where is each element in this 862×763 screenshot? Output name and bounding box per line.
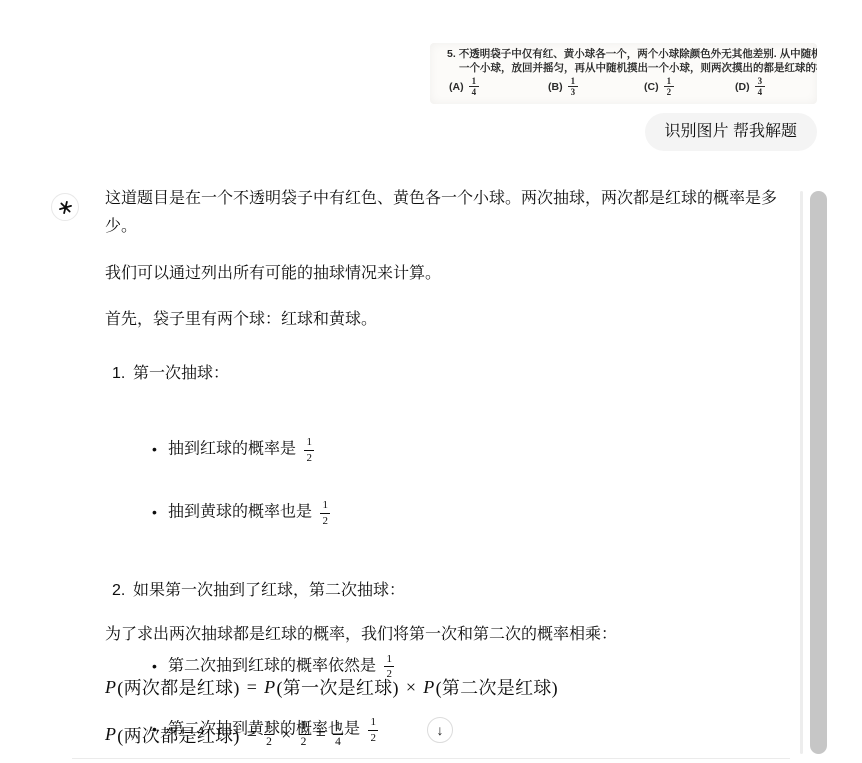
option-b-fraction: 13 [568,76,579,98]
problem-text-line1: 5.不透明袋子中仅有红、黄小球各一个，两个小球除颜色外无其他差别. 从中随机摸出 [447,47,817,62]
fraction: 12 [264,720,274,749]
math-P: P [105,677,116,698]
option-d-fraction: 34 [755,76,766,98]
arrow-down-icon: ↓ [437,722,444,738]
bullet-icon: • [152,498,157,526]
list-item-2: 2. 如果第一次抽到了红球，第二次抽球： [105,577,795,605]
assistant-paragraph-method: 我们可以通过列出所有可能的抽球情况来计算。 [105,260,795,288]
math-group: (第一次是红球) [276,674,398,700]
option-d-label: (D) [735,80,750,95]
math-P: P [105,724,116,745]
math-group: (两次都是红球) [117,674,239,700]
user-message-bubble: 识别图片 帮我解题 [645,113,817,151]
list-item-1: 1. 第一次抽球： [105,360,795,388]
bullet-text: 第二次抽到红球的概率依然是 [168,657,376,674]
option-c-label: (C) [644,80,659,95]
option-b: (B) 13 [548,76,578,98]
scroll-to-bottom-button[interactable]: ↓ [427,717,453,743]
times-sign: × [406,677,416,698]
option-b-label: (B) [548,80,563,95]
problem-options-row: (A) 14 (B) 13 (C) 12 (D) 34 [430,76,817,102]
list-item-2-number: 2. [112,577,125,605]
scrollbar-thumb[interactable] [810,191,827,754]
fraction: 12 [368,716,378,744]
formula-result: P(两次都是红球) = 12 × 12 = 14 [105,720,343,749]
composer-top-divider [72,758,790,759]
assistant-paragraph-multiply: 为了求出两次抽球都是红球的概率，我们将第一次和第二次的概率相乘： [105,621,795,649]
option-a-label: (A) [449,80,464,95]
fraction: 12 [304,436,314,464]
math-P: P [264,677,275,698]
list-item-1-bullet-2: • 抽到黄球的概率也是 12 [105,498,795,526]
scrollbar-track-edge [800,191,803,754]
list-item-1-number: 1. [112,360,125,388]
problem-line1-text: 不透明袋子中仅有红、黄小球各一个，两个小球除颜色外无其他差别. 从中随机摸出 [459,48,817,60]
option-a-fraction: 14 [469,76,480,98]
math-group: (第二次是红球) [436,674,558,700]
bullet-text: 抽到红球的概率是 [168,440,296,457]
attached-problem-image[interactable]: 5.不透明袋子中仅有红、黄小球各一个，两个小球除颜色外无其他差别. 从中随机摸出… [430,43,817,104]
list-item-1-bullet-1: • 抽到红球的概率是 12 [105,435,795,463]
equals-sign: = [316,724,326,745]
fraction: 12 [299,720,309,749]
option-c: (C) 12 [644,76,674,98]
equals-sign: = [247,724,257,745]
assistant-paragraph-setup: 首先，袋子里有两个球：红球和黄球。 [105,306,795,334]
openai-logo-icon [57,199,74,216]
times-sign: × [281,724,291,745]
math-group: (两次都是红球) [117,722,239,748]
math-P: P [423,677,434,698]
list-item-1-title: 第一次抽球： [133,365,229,382]
fraction: 14 [333,720,343,749]
bullet-text: 抽到黄球的概率也是 [168,504,312,521]
option-c-fraction: 12 [664,76,675,98]
option-d: (D) 34 [735,76,765,98]
formula-product-rule: P(两次都是红球) = P(第一次是红球) × P(第二次是红球) [105,674,558,700]
list-item-2-title: 如果第一次抽到了红球，第二次抽球： [133,582,405,599]
fraction: 12 [320,499,330,527]
equals-sign: = [247,677,257,698]
assistant-avatar [51,193,79,221]
problem-text-line2: 一个小球，放回并摇匀，再从中随机摸出一个小球，则两次摸出的都是红球的概率是 [459,61,817,76]
option-a: (A) 14 [449,76,479,98]
bullet-icon: • [152,435,157,463]
assistant-paragraph-intro: 这道题目是在一个不透明袋子中有红色、黄色各一个小球。两次抽球，两次都是红球的概率… [105,185,795,241]
problem-number: 5. [447,48,456,60]
chat-window: 5.不透明袋子中仅有红、黄小球各一个，两个小球除颜色外无其他差别. 从中随机摸出… [0,0,862,763]
